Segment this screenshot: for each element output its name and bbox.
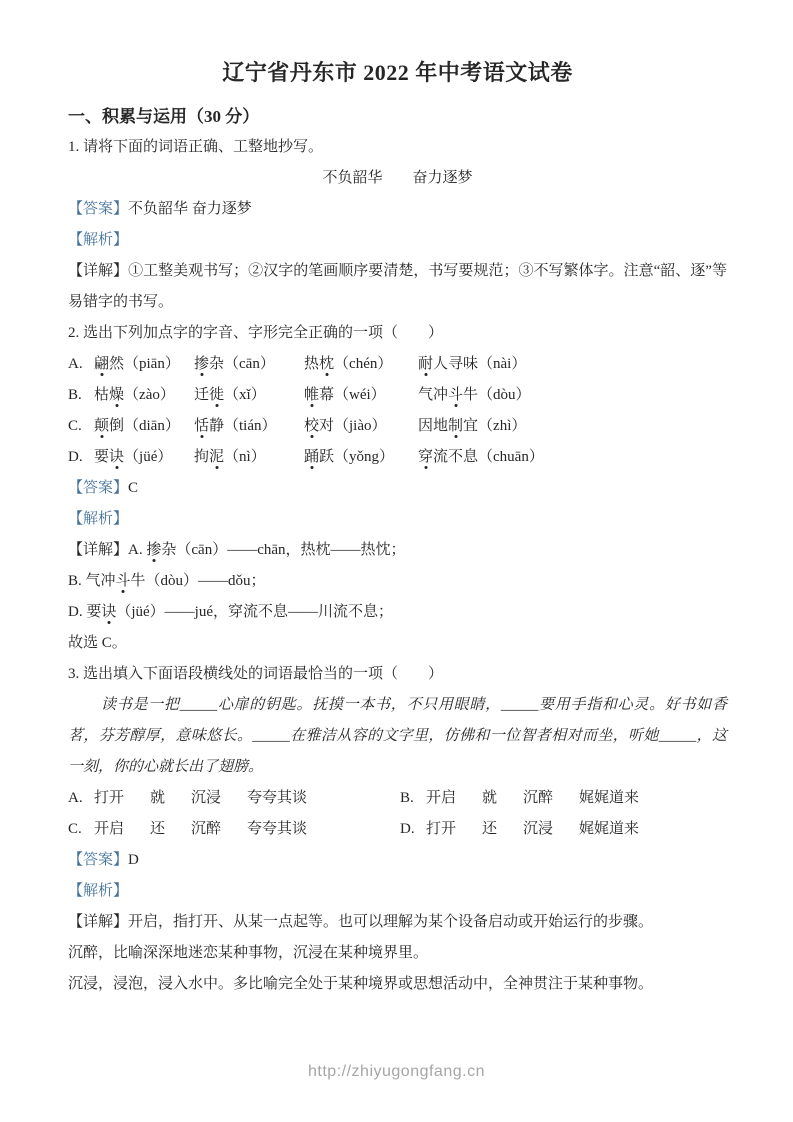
q2-option-d: D. 要诀（jüé） 拘泥（nì） 踊跃（yǒng） 穿流不息（chuān） [68,442,727,473]
q3-a-word: 夸夸其谈 [247,783,307,814]
q3-stem: 3. 选出填入下面语段横线处的词语最恰当的一项（ ） [68,659,727,690]
answer-label: 【答案】 [68,480,128,496]
q1-copy-words: 不负韶华 奋力逐梦 [68,163,727,194]
q3-detail-1-text: 开启，指打开、从某一点起等。也可以理解为某个设备启动或开始运行的步骤。 [128,914,653,930]
q2-b-word-1: 枯燥（zào） [94,380,194,411]
q3-passage: 读书是一把_____心扉的钥匙。抚摸一本书，不只用眼睛，_____要用手指和心灵… [68,690,727,783]
detail-label: 【详解】 [68,914,128,930]
exam-document-page: 辽宁省丹东市 2022 年中考语文试卷 一、积累与运用（30 分） 1. 请将下… [0,0,793,1122]
q3-option-c: C. 开启 还 沉醉 夸夸其谈 [68,814,400,845]
q2-detail-line-d: D. 要诀（jüé）——jué，穿流不息——川流不息； [68,597,727,628]
q2-analysis-line: 【解析】 [68,504,727,535]
option-label: B. [68,380,94,411]
q3-c-word: 开启 [94,814,124,845]
option-label: A. [68,783,94,814]
q3-b-word: 娓娓道来 [579,783,639,814]
option-label: B. [400,783,426,814]
q1-answer-line: 【答案】不负韶华 奋力逐梦 [68,194,727,225]
q2-b-word-3: 帷幕（wéi） [304,380,418,411]
q2-d-word-1: 要诀（jüé） [94,442,194,473]
answer-label: 【答案】 [68,201,128,217]
q2-detail-a-text: A. 掺杂（cān）——chān，热枕——热忱； [128,542,406,558]
q3-b-word: 开启 [426,783,456,814]
q3-d-word: 打开 [426,814,456,845]
q2-option-a: A. 翩然（piān） 掺杂（cān） 热枕（chén） 耐人寻味（nài） [68,349,727,380]
q3-answer-line: 【答案】D [68,845,727,876]
q2-stem: 2. 选出下列加点字的字音、字形完全正确的一项（ ） [68,318,727,349]
q1-analysis-line: 【解析】 [68,225,727,256]
q3-d-word: 还 [482,814,497,845]
q2-option-c: C. 颠倒（diān） 恬静（tián） 校对（jiào） 因地制宜（zhì） [68,411,727,442]
q2-d-word-3: 踊跃（yǒng） [304,442,418,473]
q2-d-word-4: 穿流不息（chuān） [418,442,544,473]
q1-stem: 1. 请将下面的词语正确、工整地抄写。 [68,132,727,163]
q3-b-word: 沉醉 [523,783,553,814]
q2-a-word-2: 掺杂（cān） [194,349,304,380]
option-label: A. [68,349,94,380]
q2-a-word-3: 热枕（chén） [304,349,418,380]
q2-answer: C [128,480,138,496]
option-label: D. [68,442,94,473]
q2-option-b: B. 枯燥（zào） 迁徙（xǐ） 帷幕（wéi） 气冲斗牛（dòu） [68,380,727,411]
q1-answer: 不负韶华 奋力逐梦 [128,201,252,217]
q1-detail-text: ①工整美观书写；②汉字的笔画顺序要清楚，书写要规范；③不写繁体字。注意“韶、逐”… [68,263,727,310]
q3-a-word: 就 [150,783,165,814]
q2-a-word-1: 翩然（piān） [94,349,194,380]
option-label: D. [400,814,426,845]
q2-d-word-2: 拘泥（nì） [194,442,304,473]
q3-c-word: 夸夸其谈 [247,814,307,845]
q3-analysis-line: 【解析】 [68,876,727,907]
q3-b-word: 就 [482,783,497,814]
watermark-url: http://zhiyugongfang.cn [0,1063,793,1081]
option-label: C. [68,814,94,845]
q2-detail-line-a: 【详解】A. 掺杂（cān）——chān，热枕——热忱； [68,535,727,566]
q3-option-d: D. 打开 还 沉浸 娓娓道来 [400,814,639,845]
q3-detail-line-2: 沉醉，比喻深深地迷恋某种事物，沉浸在某种境界里。 [68,938,727,969]
section-heading: 一、积累与运用（30 分） [68,101,727,132]
detail-label: 【详解】 [68,263,128,279]
q1-detail-line: 【详解】①工整美观书写；②汉字的笔画顺序要清楚，书写要规范；③不写繁体字。注意“… [68,256,727,318]
q2-b-word-4: 气冲斗牛（dòu） [418,380,531,411]
q3-d-word: 娓娓道来 [579,814,639,845]
paper-title: 辽宁省丹东市 2022 年中考语文试卷 [68,58,727,88]
q3-detail-line-3: 沉浸，浸泡，浸入水中。多比喻完全处于某种境界或思想活动中，全神贯注于某种事物。 [68,969,727,1000]
q3-detail-line-1: 【详解】开启，指打开、从某一点起等。也可以理解为某个设备启动或开始运行的步骤。 [68,907,727,938]
q2-a-word-4: 耐人寻味（nài） [418,349,526,380]
analysis-label: 【解析】 [68,232,128,248]
q3-options-row-1: A. 打开 就 沉浸 夸夸其谈 B. 开启 就 沉醉 娓娓道来 [68,783,727,814]
q3-c-word: 还 [150,814,165,845]
q3-answer: D [128,852,139,868]
q2-b-word-2: 迁徙（xǐ） [194,380,304,411]
detail-label: 【详解】 [68,542,128,558]
q3-option-b: B. 开启 就 沉醉 娓娓道来 [400,783,639,814]
q2-c-word-1: 颠倒（diān） [94,411,194,442]
analysis-label: 【解析】 [68,883,128,899]
q2-detail-line-b: B. 气冲斗牛（dòu）——dǒu； [68,566,727,597]
q2-c-word-4: 因地制宜（zhì） [418,411,526,442]
q3-a-word: 打开 [94,783,124,814]
q3-option-a: A. 打开 就 沉浸 夸夸其谈 [68,783,400,814]
q3-options-row-2: C. 开启 还 沉醉 夸夸其谈 D. 打开 还 沉浸 娓娓道来 [68,814,727,845]
q3-c-word: 沉醉 [191,814,221,845]
answer-label: 【答案】 [68,852,128,868]
option-label: C. [68,411,94,442]
q2-c-word-3: 校对（jiào） [304,411,418,442]
q3-a-word: 沉浸 [191,783,221,814]
q2-detail-conclusion: 故选 C。 [68,628,727,659]
q2-c-word-2: 恬静（tián） [194,411,304,442]
q3-d-word: 沉浸 [523,814,553,845]
analysis-label: 【解析】 [68,511,128,527]
q2-answer-line: 【答案】C [68,473,727,504]
